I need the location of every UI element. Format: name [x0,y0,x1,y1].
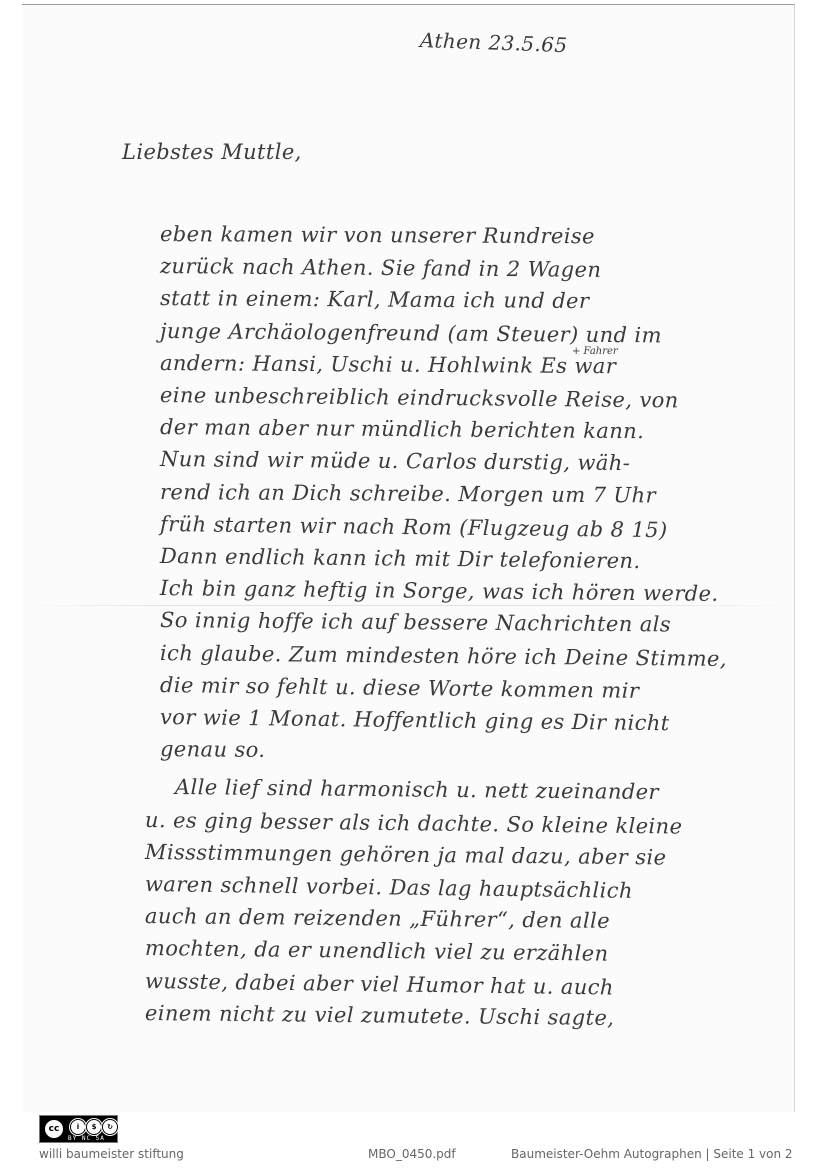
interlinear-note: + Fahrer [572,346,618,357]
letter-line: eben kamen wir von unserer Rundreise [160,222,595,248]
letter-line: So innig hoffe ich auf bessere Nachricht… [160,608,671,636]
attribution-icon: i [70,1119,86,1135]
letter-line: einem nicht zu viel zumutete. Uschi sagt… [145,1001,615,1030]
collection-page-info: Baumeister-Oehm Autographen | Seite 1 vo… [511,1147,793,1161]
letter-line: rend ich an Dich schreibe. Morgen um 7 U… [160,480,656,507]
letter-line: genau so. [160,737,266,762]
letter-line: Missstimmungen gehören ja mal dazu, aber… [145,840,667,869]
letter-line: der man aber nur mündlich berichten kann… [160,415,644,443]
letter-line: Nun sind wir müde u. Carlos durstig, wäh… [160,447,630,475]
letter-line: auch an dem reizenden „Führer“, den alle [145,904,610,933]
sharealike-icon: ↻ [102,1119,118,1135]
letter-date: Athen 23.5.65 [420,28,568,57]
letter-line: zurück nach Athen. Sie fand in 2 Wagen [160,254,602,282]
organization-name: willi baumeister stiftung [39,1147,184,1161]
letter-salutation: Liebstes Muttle, [122,140,302,164]
license-labels: BY NC SA [68,1135,105,1142]
letter-line: Dann endlich kann ich mit Dir telefonier… [160,544,641,573]
creative-commons-icon: cc [43,1118,65,1140]
noncommercial-icon: $ [86,1119,102,1135]
page-footer: cc i $ ↻ BY NC SA willi baumeister stift… [0,1112,827,1169]
file-name: MBO_0450.pdf [368,1147,456,1161]
letter-line: junge Archäologenfreund (am Steuer) und … [160,319,662,347]
letter-line: statt in einem: Karl, Mama ich und der [160,286,590,313]
cc-license-badge[interactable]: cc i $ ↻ BY NC SA [39,1115,118,1143]
letter-line: andern: Hansi, Uschi u. Hohlwink Es war [160,351,616,378]
